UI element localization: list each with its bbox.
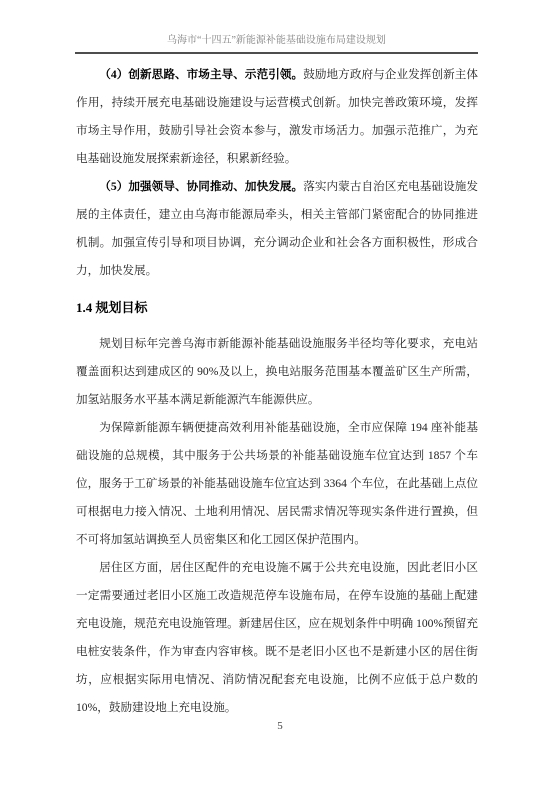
page-footer: 5 [0,719,560,733]
paragraph: 为保障新能源车辆便捷高效利用补能基础设施，全市应保障 194 座补能基础设施的总… [76,414,478,554]
paragraph-bold-lead: （5）加强领导、协同推动、加快发展。 [99,180,303,193]
paragraph-bold-lead: （4）创新思路、市场主导、示范引领。 [99,68,303,81]
paragraph: （4）创新思路、市场主导、示范引领。鼓励地方政府与企业发挥创新主体作用，持续开展… [76,61,478,173]
page-number: 5 [277,720,283,732]
paragraph: 居住区方面，居住区配件的充电设施不属于公共充电设施，因此老旧小区一定需要通过老旧… [76,554,478,722]
paragraph-text: 落实内蒙古自治区充电基础设施发展的主体责任，建立由乌海市能源局牵头，相关主管部门… [76,180,478,277]
document-body: （4）创新思路、市场主导、示范引领。鼓励地方政府与企业发挥创新主体作用，持续开展… [76,61,478,722]
section-heading: 1.4 规划目标 [76,298,478,318]
paragraph: 规划目标年完善乌海市新能源补能基础设施服务半径均等化要求，充电站覆盖面积达到建成… [76,330,478,414]
header-title: 乌海市“十四五”新能源补能基础设施布局建设规划 [75,35,478,54]
paragraph: （5）加强领导、协同推动、加快发展。落实内蒙古自治区充电基础设施发展的主体责任，… [76,173,478,285]
document-page: 乌海市“十四五”新能源补能基础设施布局建设规划 （4）创新思路、市场主导、示范引… [0,0,560,791]
page-header: 乌海市“十四五”新能源补能基础设施布局建设规划 [75,0,478,54]
paragraph-text: 鼓励地方政府与企业发挥创新主体作用，持续开展充电基础设施建设与运营模式创新。加快… [76,68,478,165]
